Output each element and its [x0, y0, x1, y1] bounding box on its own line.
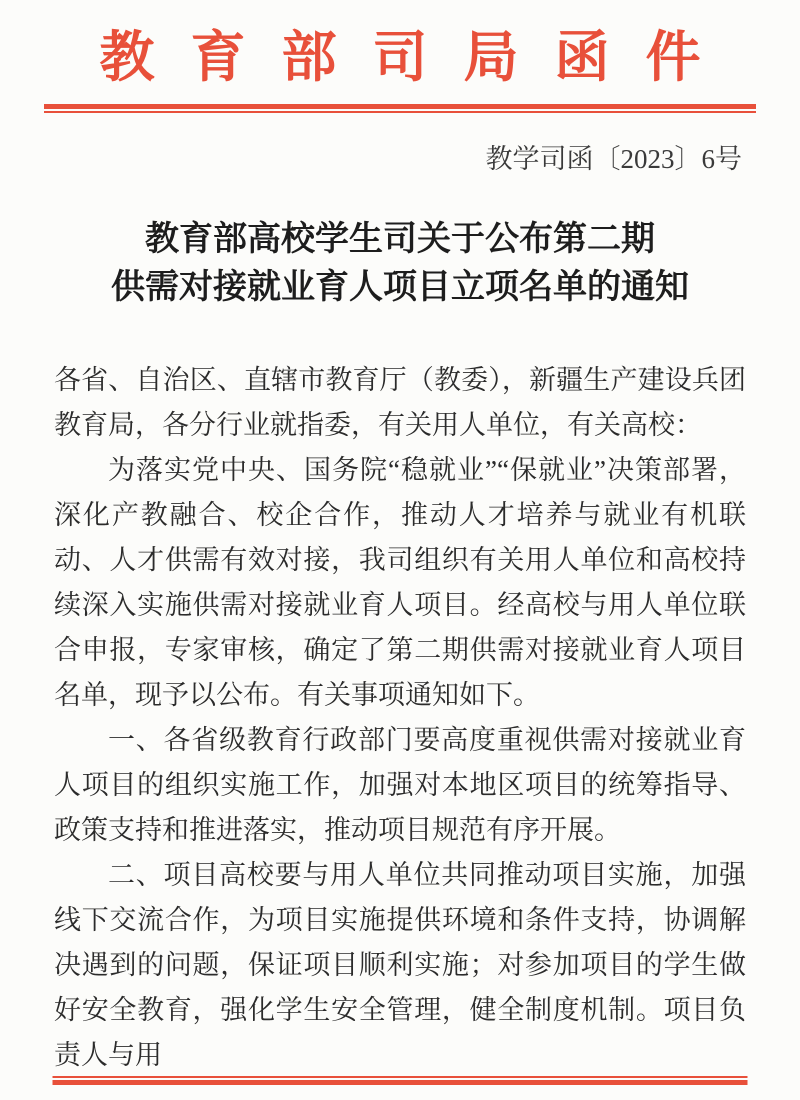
document-number: 教学司函〔2023〕6号	[0, 137, 800, 176]
document-body: 各省、自治区、直辖市教育厅（教委），新疆生产建设兵团教育局，各分行业就指委，有关…	[0, 358, 800, 1078]
document-page: 教育部司局函件 教学司函〔2023〕6号 教育部高校学生司关于公布第二期 供需对…	[0, 0, 800, 1100]
document-title-line-1: 教育部高校学生司关于公布第二期	[0, 216, 800, 264]
document-title: 教育部高校学生司关于公布第二期 供需对接就业育人项目立项名单的通知	[0, 216, 800, 312]
body-paragraph-intro: 为落实党中央、国务院“稳就业”“保就业”决策部署，深化产教融合、校企合作，推动人…	[54, 448, 746, 718]
divider-thick-bar	[53, 1080, 748, 1085]
letterhead-divider	[44, 104, 756, 113]
salutation-paragraph: 各省、自治区、直辖市教育厅（教委），新疆生产建设兵团教育局，各分行业就指委，有关…	[54, 358, 746, 448]
body-paragraph-item-2: 二、项目高校要与用人单位共同推动项目实施，加强线下交流合作，为项目实施提供环境和…	[54, 853, 746, 1078]
document-title-line-2: 供需对接就业育人项目立项名单的通知	[0, 264, 800, 312]
letterhead-title: 教育部司局函件	[0, 22, 800, 94]
divider-thin-bar	[44, 111, 756, 113]
body-paragraph-item-1: 一、各省级教育行政部门要高度重视供需对接就业育人项目的组织实施工作，加强对本地区…	[54, 718, 746, 853]
footer-divider	[53, 1076, 748, 1085]
